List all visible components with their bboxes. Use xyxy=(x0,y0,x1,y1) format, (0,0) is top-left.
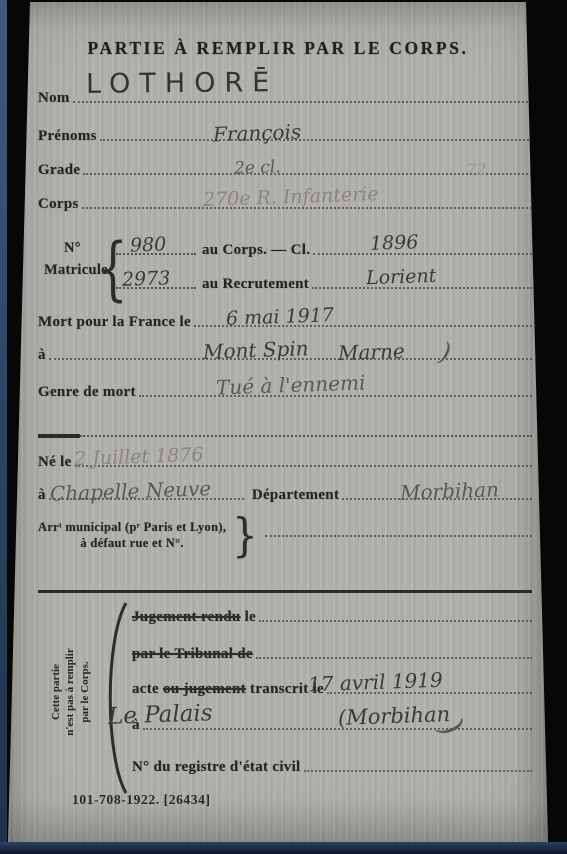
jugement-rendu-struck: Jugement rendu xyxy=(132,609,241,625)
record-content: PARTIE À REMPLIR PAR LE CORPS. Nom LOTHO… xyxy=(8,2,548,842)
side-note-line3: par le Corps. xyxy=(79,661,91,722)
matricule-word-label: Matricule. xyxy=(44,262,112,279)
scan-edge-left xyxy=(0,0,7,854)
matricule-row-recrutement: au Recrutement xyxy=(116,276,532,293)
field-tribunal: par le Tribunal de xyxy=(132,646,532,663)
recrutement-place-value: Lorient xyxy=(366,265,437,289)
scanned-record: PARTIE À REMPLIR PAR LE CORPS. Nom LOTHO… xyxy=(0,0,567,854)
dotted-line xyxy=(313,253,532,255)
dotted-line xyxy=(312,287,532,289)
dotted-line xyxy=(304,770,532,772)
dotted-line xyxy=(256,657,532,659)
matricule-no-label: N° xyxy=(64,240,81,257)
mort-place-handwritten: Mont Spin xyxy=(203,336,309,364)
genre-mort-label: Genre de mort xyxy=(38,384,136,401)
side-note-not-for-corps: Cette partie n'est pas à remplir par le … xyxy=(49,596,93,788)
tribunal-label-struck: par le Tribunal de xyxy=(132,646,253,663)
mort-dept-handwritten: Marne xyxy=(338,339,405,365)
print-reference-code: 101-708-1922. [26434] xyxy=(72,792,211,808)
grade-label: Grade xyxy=(38,162,80,179)
dotted-line xyxy=(73,101,532,103)
transcription-date-handwritten: 17 avril 1919 xyxy=(308,668,443,697)
dotted-line xyxy=(265,535,532,537)
dotted-line xyxy=(83,173,532,175)
grade-value-handwritten: 2e cl. xyxy=(234,157,281,179)
matricule-recrutement-number: 2973 xyxy=(122,267,171,291)
field-grade: Grade xyxy=(38,162,532,179)
matricule-label-line1: N° xyxy=(64,240,81,257)
arr-label-line2: à défaut rue et N°. xyxy=(38,536,226,552)
classe-value: 1896 xyxy=(370,231,419,255)
divider-solid xyxy=(38,434,80,438)
side-note-line1: Cette partie xyxy=(50,664,62,720)
side-note-line2: n'est pas à remplir xyxy=(64,648,76,736)
prenoms-value-handwritten: François xyxy=(213,119,302,146)
matricule-label-line2: Matricule. xyxy=(44,262,112,279)
record-card: PARTIE À REMPLIR PAR LE CORPS. Nom LOTHO… xyxy=(8,2,548,842)
prenoms-label: Prénoms xyxy=(38,128,97,145)
arrondissement-label: Arrᵗ municipal (pʳ Paris et Lyon), à déf… xyxy=(38,520,226,551)
nom-label: Nom xyxy=(38,90,70,107)
birth-dept-handwritten: Morbihan xyxy=(400,477,500,504)
dotted-line xyxy=(259,620,532,622)
field-registre: N° du registre d'état civil xyxy=(132,759,532,776)
corps-label: Corps xyxy=(38,196,79,213)
nom-value-handwritten: LOTHORĒ xyxy=(86,67,278,100)
arr-label-line1: Arrᵗ municipal (pʳ Paris et Lyon), xyxy=(38,520,226,534)
matricule-corps-number: 980 xyxy=(130,233,167,256)
arrondissement-brace: } xyxy=(232,518,258,555)
mort-a-label: à xyxy=(38,347,46,364)
departement-label: Département xyxy=(252,487,339,504)
birth-date-handwritten: 2 Juillet 1876 xyxy=(74,444,204,471)
divider-dotted xyxy=(80,435,532,437)
matricule-row-corps: au Corps. — Cl. xyxy=(116,242,532,259)
au-recrutement-label: au Recrutement xyxy=(202,276,309,293)
ne-a-label: à xyxy=(38,487,46,504)
mort-date-handwritten: 6 mai 1917 xyxy=(226,304,335,330)
section-divider-heavy xyxy=(38,590,532,593)
au-corps-label: au Corps. — Cl. xyxy=(202,242,310,259)
page-title: PARTIE À REMPLIR PAR LE CORPS. xyxy=(38,38,518,59)
transcrit-struck: ou jugement xyxy=(163,681,246,697)
jugement-rendu-le: le xyxy=(245,609,256,625)
transcription-place-handwritten: Le Palais xyxy=(108,700,213,730)
field-arrondissement: Arrᵗ municipal (pʳ Paris et Lyon), à déf… xyxy=(38,520,532,552)
transcription-dept-handwritten: (Morbihan xyxy=(338,702,451,730)
field-jugement-rendu: Jugement rendu le xyxy=(132,609,532,626)
section-divider xyxy=(38,434,532,438)
ne-le-label: Né le xyxy=(38,454,72,471)
transcrit-pre: acte xyxy=(132,681,159,697)
jugement-brace xyxy=(102,600,128,796)
scan-edge-bottom xyxy=(0,842,567,854)
divider-solid xyxy=(38,590,532,593)
mort-le-label: Mort pour la France le xyxy=(38,314,191,331)
grade-margin-note: 72 xyxy=(466,160,486,179)
registre-label: N° du registre d'état civil xyxy=(132,759,301,776)
dotted-line xyxy=(100,139,532,141)
